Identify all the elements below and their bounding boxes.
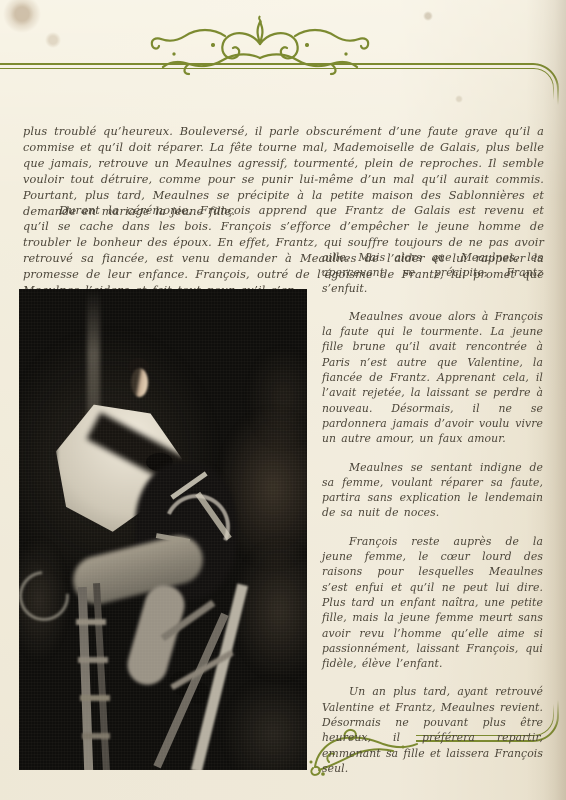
paragraph-5: François reste auprès de la jeune femme,… xyxy=(322,534,543,672)
book-page: plus troublé qu’heureux. Bouleversé, il … xyxy=(0,0,566,800)
paragraph-2-tail: aille. Mais alors que Meaulnes, les aper… xyxy=(322,250,543,296)
photo-film-grain xyxy=(19,289,307,770)
frame-top-outer-line xyxy=(0,63,559,111)
right-text-column: aille. Mais alors que Meaulnes, les aper… xyxy=(322,250,543,789)
frame-top-inner-line xyxy=(0,68,554,103)
paragraph-6: Un an plus tard, ayant retrouvé Valentin… xyxy=(322,684,543,776)
film-still-photo xyxy=(19,289,307,770)
paragraph-3: Meaulnes avoue alors à François la faute… xyxy=(322,309,543,447)
paragraph-4: Meaulnes se sentant indigne de sa femme,… xyxy=(322,460,543,521)
top-flourish-ornament-icon xyxy=(147,12,373,76)
